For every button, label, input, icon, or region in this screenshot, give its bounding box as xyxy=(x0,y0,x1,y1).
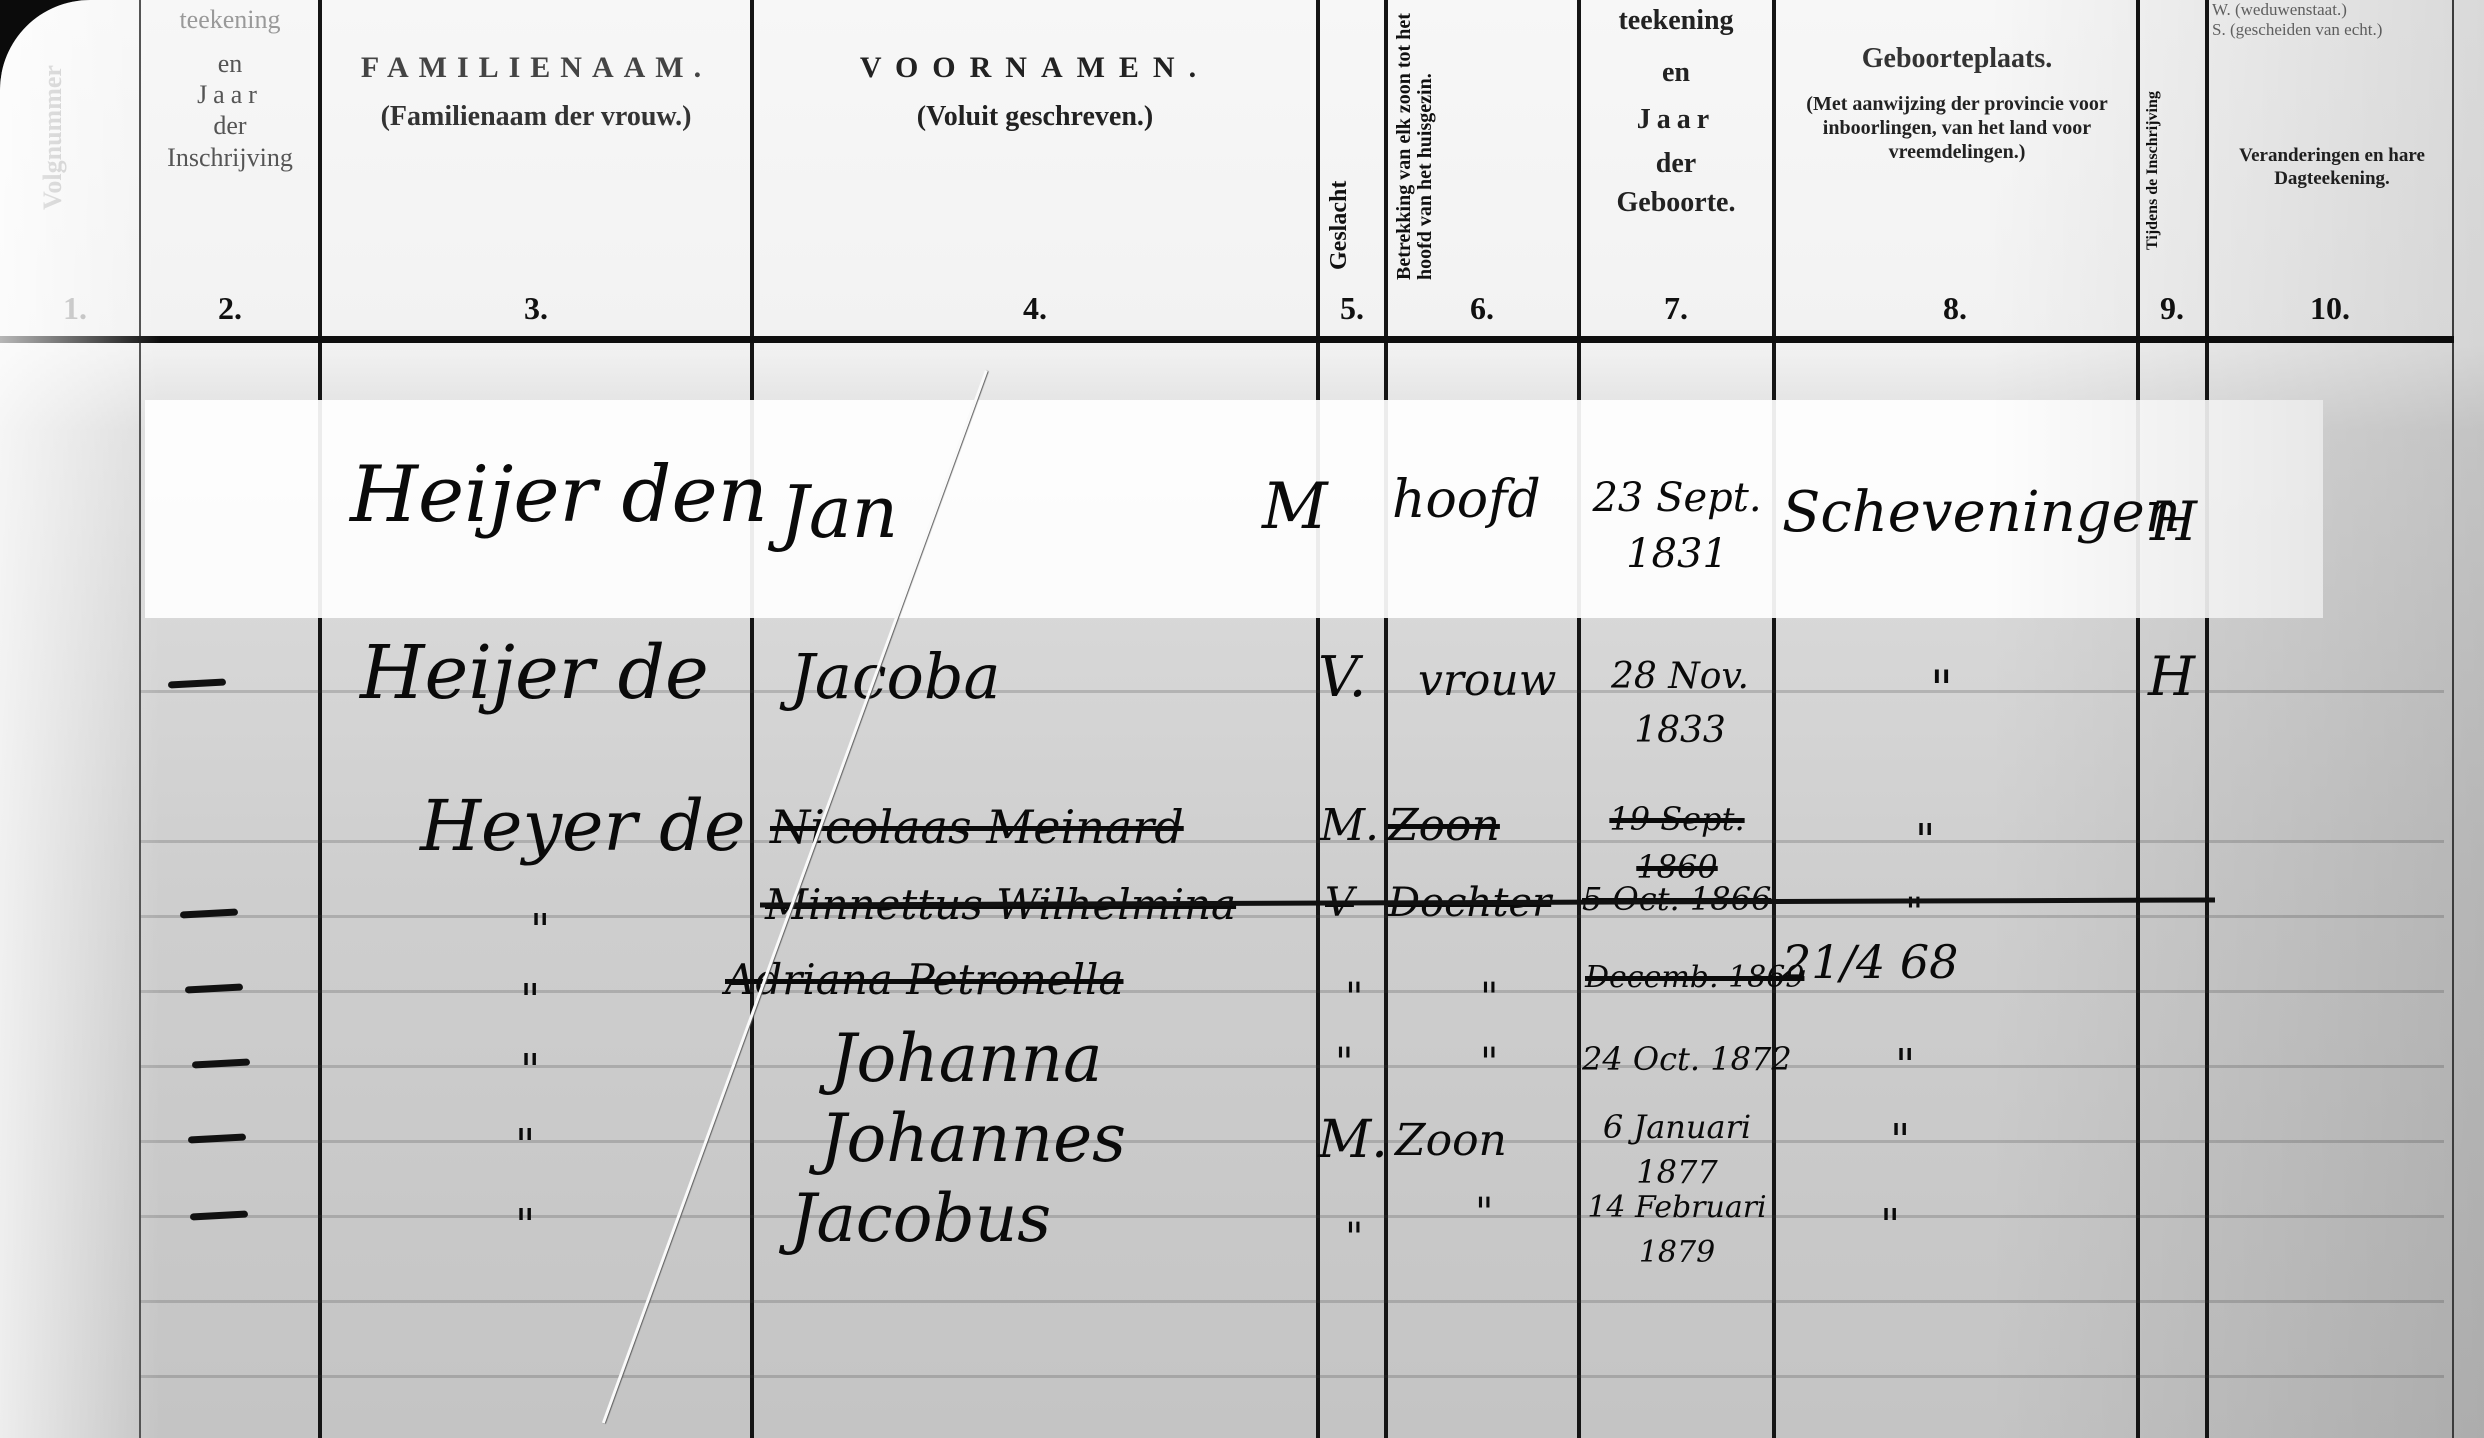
header-col5: Geslacht xyxy=(1326,130,1353,270)
entry-dash xyxy=(168,678,226,688)
row-7-relation: Zoon xyxy=(1395,1115,1507,1166)
column-number: 5. xyxy=(1320,290,1384,327)
row-8-birthplace: " xyxy=(1880,1200,1900,1251)
column-number: 6. xyxy=(1388,290,1576,327)
row-7-birthplace: " xyxy=(1890,1115,1910,1166)
column-rule-6 xyxy=(1577,0,1581,1438)
header-col6: Betrekking van elk zoon tot het hoofd va… xyxy=(1394,10,1564,280)
row-5-sex: " xyxy=(1345,975,1363,1021)
row-1-birth: 23 Sept. 1831 xyxy=(1582,470,1772,582)
row-5-surname: " xyxy=(520,975,540,1026)
header-col2-top: teekening xyxy=(145,4,315,35)
row-5-change-note: 21/4 68 xyxy=(1782,935,1958,989)
entry-dash xyxy=(190,1210,248,1220)
column-rule-8 xyxy=(2136,0,2140,1438)
row-7-given: Johannes xyxy=(820,1100,1126,1177)
row-5-given: Adriana Petronella xyxy=(725,955,1124,1004)
row-3-relation: Zoon xyxy=(1388,800,1500,851)
row-6-birth: 24 Oct. 1872 xyxy=(1582,1040,1792,1078)
header-col3: FAMILIENAAM. (Familienaam der vrouw.) xyxy=(322,50,750,134)
row-2-given: Jacoba xyxy=(790,640,1001,713)
column-rule-1 xyxy=(139,0,141,1438)
column-number: 2. xyxy=(145,290,315,327)
header-col8: Geboorteplaats. (Met aanwijzing der prov… xyxy=(1780,42,2134,164)
row-rule xyxy=(140,1375,2444,1378)
column-rule-5 xyxy=(1384,0,1388,1438)
column-number: 1. xyxy=(20,290,130,327)
header-divider xyxy=(0,336,2454,343)
column-rule-9 xyxy=(2205,0,2209,1438)
row-5-relation: " xyxy=(1480,975,1498,1021)
row-2-relation: vrouw xyxy=(1418,655,1556,706)
row-2-sex: V. xyxy=(1318,645,1366,710)
column-number: 9. xyxy=(2140,290,2204,327)
header-col2: en Jaar der Inschrijving xyxy=(145,48,315,173)
row-2-status: H xyxy=(2148,645,2195,708)
row-3-sex: M. xyxy=(1320,800,1379,851)
row-rule xyxy=(140,990,2444,993)
header-voornamen: VOORNAMEN. xyxy=(754,50,1316,86)
header-col4: VOORNAMEN. (Voluit geschreven.) xyxy=(754,50,1316,134)
row-6-sex: " xyxy=(1335,1040,1353,1086)
header-col10: Veranderingen en hare Dagteekening. xyxy=(2212,145,2452,191)
row-rule xyxy=(140,915,2444,918)
register-page: Volgnummer teekening en Jaar der Inschri… xyxy=(0,0,2484,1438)
row-1-birthplace: Scheveningen xyxy=(1782,480,2181,545)
row-rule xyxy=(140,1065,2444,1068)
row-8-birth: 14 Februari 1879 xyxy=(1582,1185,1772,1275)
row-2-birth: 28 Nov. 1833 xyxy=(1590,650,1770,758)
header-marital-legend: W. (weduwenstaat.) S. (gescheiden van ec… xyxy=(2212,0,2452,41)
row-4-birthplace: " xyxy=(1905,890,1923,936)
row-1-status: H xyxy=(2150,490,2197,553)
header-col9: Tijdens de Inschrijving xyxy=(2144,130,2162,250)
column-number: 7. xyxy=(1582,290,1770,327)
row-6-birthplace: " xyxy=(1895,1040,1915,1091)
row-1-surname: Heijer den xyxy=(350,450,768,540)
column-number: 4. xyxy=(754,290,1316,327)
row-8-given: Jacobus xyxy=(790,1180,1051,1257)
header-col7: teekening en Jaar der Geboorte. xyxy=(1582,4,1770,220)
row-8-surname: " xyxy=(515,1200,535,1251)
row-3-given: Nicolaas Meinard xyxy=(770,800,1184,854)
row-2-surname: Heijer de xyxy=(360,630,709,716)
row-2-birthplace: " xyxy=(1930,660,1953,718)
row-8-relation: " xyxy=(1475,1190,1493,1236)
row-rule xyxy=(140,1300,2444,1303)
column-rule-3 xyxy=(750,0,754,1438)
row-4-surname: " xyxy=(530,905,550,956)
row-3-birth: 19 Sept. 1860 xyxy=(1582,795,1772,891)
row-1-sex: M xyxy=(1262,470,1328,544)
row-7-sex: M. xyxy=(1318,1110,1388,1170)
column-rule-2 xyxy=(318,0,322,1438)
row-6-given: Johanna xyxy=(830,1020,1102,1097)
row-3-birthplace: " xyxy=(1915,815,1935,866)
row-7-birth: 6 Januari 1877 xyxy=(1582,1105,1772,1195)
row-rule xyxy=(140,1215,2444,1218)
row-7-surname: " xyxy=(515,1120,535,1171)
row-6-surname: " xyxy=(520,1045,540,1096)
row-rule xyxy=(140,1140,2444,1143)
header-familienaam: FAMILIENAAM. xyxy=(322,50,750,86)
column-number: 8. xyxy=(1776,290,2134,327)
row-1-given: Jan xyxy=(780,470,898,554)
row-5-birth: Decemb. 1869 xyxy=(1585,960,1804,995)
column-number: 10. xyxy=(2210,290,2450,327)
row-6-relation: " xyxy=(1480,1040,1498,1086)
row-8-sex: " xyxy=(1345,1215,1363,1261)
column-number: 3. xyxy=(322,290,750,327)
row-3-surname: Heyer de xyxy=(420,785,745,867)
column-rule-4 xyxy=(1316,0,1320,1438)
header-col1-label: Volgnummer xyxy=(38,20,68,210)
column-rule-7 xyxy=(1772,0,1776,1438)
column-rule-10 xyxy=(2452,0,2454,1438)
row-1-relation: hoofd xyxy=(1392,470,1541,530)
